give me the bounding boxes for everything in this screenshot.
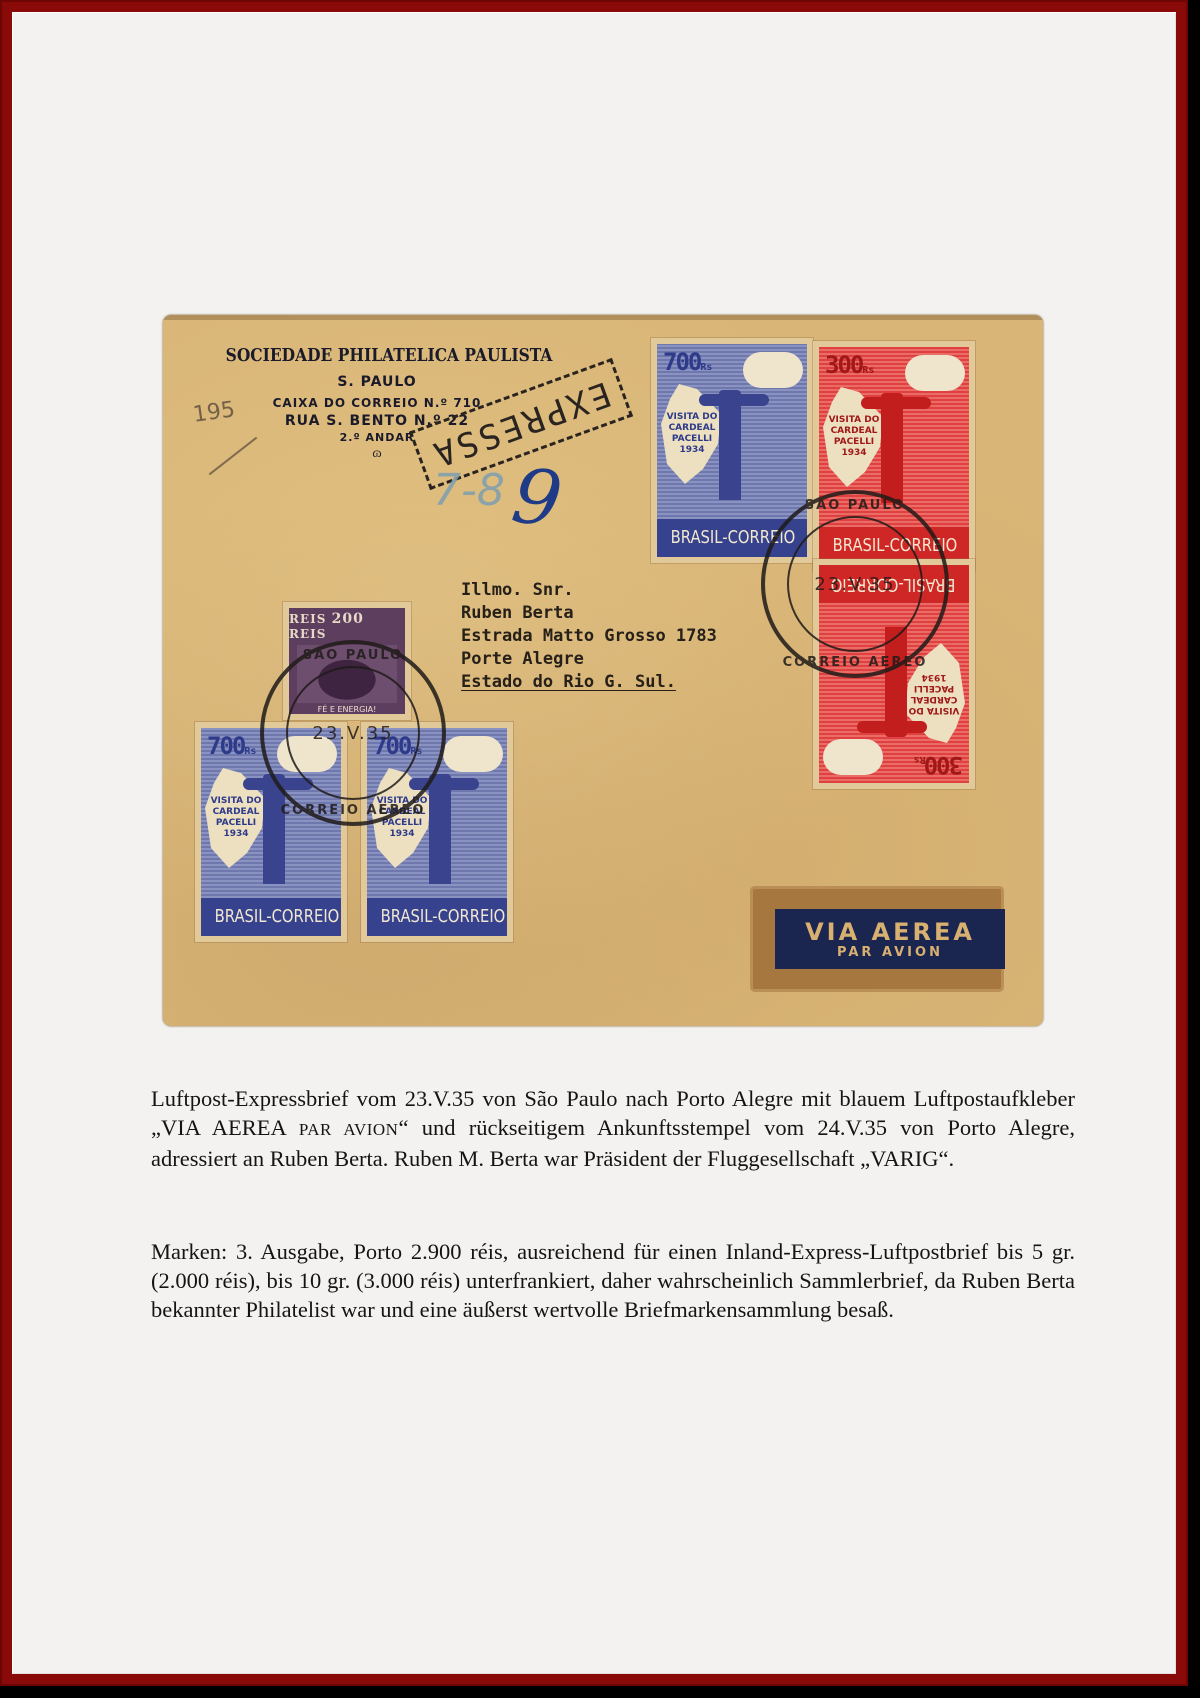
- stamp-value: 700Rs: [663, 348, 712, 376]
- stamp-banner: BRASIL-CORREIO: [367, 898, 507, 936]
- address-line: Illmo. Snr.: [461, 579, 717, 602]
- stamp-value-row: REIS 200 REIS: [289, 611, 405, 641]
- christ-statue-icon: [429, 774, 451, 884]
- christ-statue-icon: [881, 393, 903, 503]
- stamp-value: 300Rs: [825, 351, 874, 379]
- stamp-caption: VISITA DOCARDEALPACELLI1934: [207, 796, 265, 840]
- address-line: Estrada Matto Grosso 1783: [461, 625, 717, 648]
- description-paragraph-2: Marken: 3. Ausgabe, Porto 2.900 réis, au…: [151, 1237, 1075, 1324]
- handwritten-note-dark: 9: [507, 450, 567, 545]
- stamp-value: 700Rs: [207, 732, 256, 760]
- smallcaps-label: PAR AVION: [299, 1120, 399, 1139]
- christ-statue-icon: [719, 390, 741, 500]
- postmark-cancel: SÃO PAULO 23.V.35 CORREIO AEREO: [761, 490, 949, 678]
- cloud-motif: [743, 352, 803, 388]
- cloud-motif: [443, 736, 503, 772]
- airmail-label-main: VIA AEREA: [805, 919, 975, 945]
- sender-organization: SOCIEDADE PHILATELICA PAULISTA: [226, 345, 529, 366]
- stamp-caption: VISITA DOCARDEALPACELLI1934: [905, 671, 963, 715]
- cloud-motif: [823, 739, 883, 775]
- postmark-date: 23.V.35: [814, 574, 895, 595]
- cover-envelope: SOCIEDADE PHILATELICA PAULISTA S. PAULO …: [163, 315, 1043, 1026]
- stamp-caption: VISITA DOCARDEALPACELLI1934: [825, 415, 883, 459]
- address-line: Porte Alegre: [461, 648, 717, 671]
- description-paragraph-1: Luftpost-Expressbrief vom 23.V.35 von Sã…: [151, 1084, 1075, 1173]
- postmark-cancel: SÃO PAULO 23.V.35 CORREIO AEREO: [260, 640, 446, 826]
- cloud-motif: [905, 355, 965, 391]
- stamp-caption: VISITA DOCARDEALPACELLI1934: [663, 412, 721, 456]
- address-line: Ruben Berta: [461, 602, 717, 625]
- airmail-label-sub: PAR AVION: [837, 945, 943, 960]
- stamp-banner: BRASIL-CORREIO: [201, 898, 341, 936]
- stamp-value: 300Rs: [914, 751, 963, 779]
- address-line: Estado do Rio G. Sul.: [461, 671, 717, 694]
- album-sheet: SOCIEDADE PHILATELICA PAULISTA S. PAULO …: [12, 12, 1176, 1674]
- page-frame: SOCIEDADE PHILATELICA PAULISTA S. PAULO …: [0, 0, 1188, 1686]
- handwritten-note-light: 7-8: [433, 465, 505, 516]
- recipient-address: Illmo. Snr. Ruben Berta Estrada Matto Gr…: [461, 579, 717, 694]
- airmail-label: VIA AEREA PAR AVION: [753, 889, 1001, 989]
- sender-city: S. PAULO: [201, 374, 553, 390]
- postmark-date: 23.V.35: [312, 723, 393, 744]
